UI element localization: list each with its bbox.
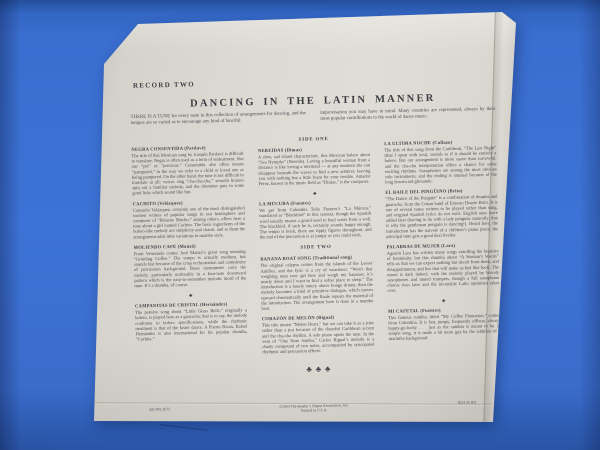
track-section: CACHITO (Velázquez) Consuelo Velázquez, …: [133, 199, 246, 240]
photo-background: RECORD TWO DANCING IN THE LATIN MANNER T…: [0, 0, 600, 450]
track-notes: This famous cumbia, titled “My Coffee Pl…: [388, 312, 501, 341]
side-two-label: SIDE TWO: [260, 243, 372, 251]
footer-center: ©1963 The Reader’s Digest Association, I…: [279, 403, 349, 413]
track-notes: This title means “Melon Heart,” but we c…: [262, 320, 375, 355]
record-sleeve: RECORD TWO DANCING IN THE LATIN MANNER T…: [88, 12, 516, 426]
column-middle: SIDE ONE NEREIDAS (Dimas) A slow, sad is…: [258, 134, 375, 359]
track-section: PALABRAS DE MUJER (Lara) Agustín Lara ha…: [386, 242, 499, 294]
footer-code-right: RD4 26 (B): [458, 400, 476, 405]
track-section: BANANA BOAT SONG (Traditional song) The …: [260, 254, 373, 311]
track-section: LA MÚCURA (Fuentes) We get from Colombia…: [259, 199, 372, 240]
fleuron-icon: ♣: [388, 296, 500, 304]
intro-paragraph-left: THERE IS A TUNE for every taste in this …: [131, 110, 306, 126]
intro-paragraph-right: improvisation you may have in mind. Many…: [320, 106, 495, 122]
track-section: MI CAFETAL (Fuentes) This famous cumbia,…: [388, 306, 501, 342]
track-section: NEGRA CONSENTIDA (Pardavé) The title of …: [131, 144, 244, 196]
column-left: NEGRA CONSENTIDA (Pardavé) The title of …: [131, 144, 248, 363]
track-notes: The original calypso comes from the isla…: [260, 261, 373, 312]
track-notes-columns: NEGRA CONSENTIDA (Pardavé) The title of …: [131, 139, 501, 363]
column-right: LA ULTIMA NOCHE (Collazo) The title of t…: [384, 139, 501, 358]
track-notes: We get from Colombia Toño Fuentes’s “La …: [259, 205, 372, 240]
side-one-label: SIDE ONE: [258, 134, 370, 142]
track-notes: The title of this song from the Caribbea…: [384, 145, 497, 185]
fleuron-icon: ♣: [135, 291, 247, 299]
track-notes: Consuelo Velázquez, certainly one of the…: [133, 205, 246, 240]
track-section: NEREIDAS (Dimas) A slow, sad island char…: [258, 146, 371, 187]
track-notes: The title of this Mexican song by Joaquí…: [131, 151, 244, 196]
track-notes: Agustín Lara has written many songs exto…: [387, 248, 500, 293]
track-section: CORAZÓN DE MELÓN (Rigual) This title mea…: [262, 314, 375, 355]
track-section: EL BAILE DEL PINGÜINO (Brito) “The Dance…: [385, 188, 498, 240]
track-section: CAMPANITAS DE CRISTAL (Hernández) The pe…: [135, 301, 248, 342]
liner-notes: RECORD TWO DANCING IN THE LATIN MANNER T…: [83, 7, 520, 431]
track-notes: From Venezuela comes José Manzó’s great …: [134, 249, 247, 289]
footer-code-left: RD 991 2675: [149, 407, 170, 412]
track-notes: A slow, sad island characteristic, this …: [258, 152, 371, 187]
triple-fleuron-icon: ♣ ♣ ♣: [136, 361, 501, 378]
footer: RD 991 2675 ©1963 The Reader’s Digest As…: [137, 400, 502, 417]
track-notes: The pensive song about “Little Glass Bel…: [135, 307, 248, 342]
track-notes: “The Dance of the Penguin” is a combinat…: [385, 194, 498, 239]
fleuron-icon: ♣: [259, 189, 371, 197]
record-number-label: RECORD TWO: [133, 80, 195, 89]
track-section: MOLIENDO CAFÉ (Manzó) From Venezuela com…: [134, 242, 247, 288]
track-section: LA ULTIMA NOCHE (Collazo) The title of t…: [384, 139, 497, 185]
